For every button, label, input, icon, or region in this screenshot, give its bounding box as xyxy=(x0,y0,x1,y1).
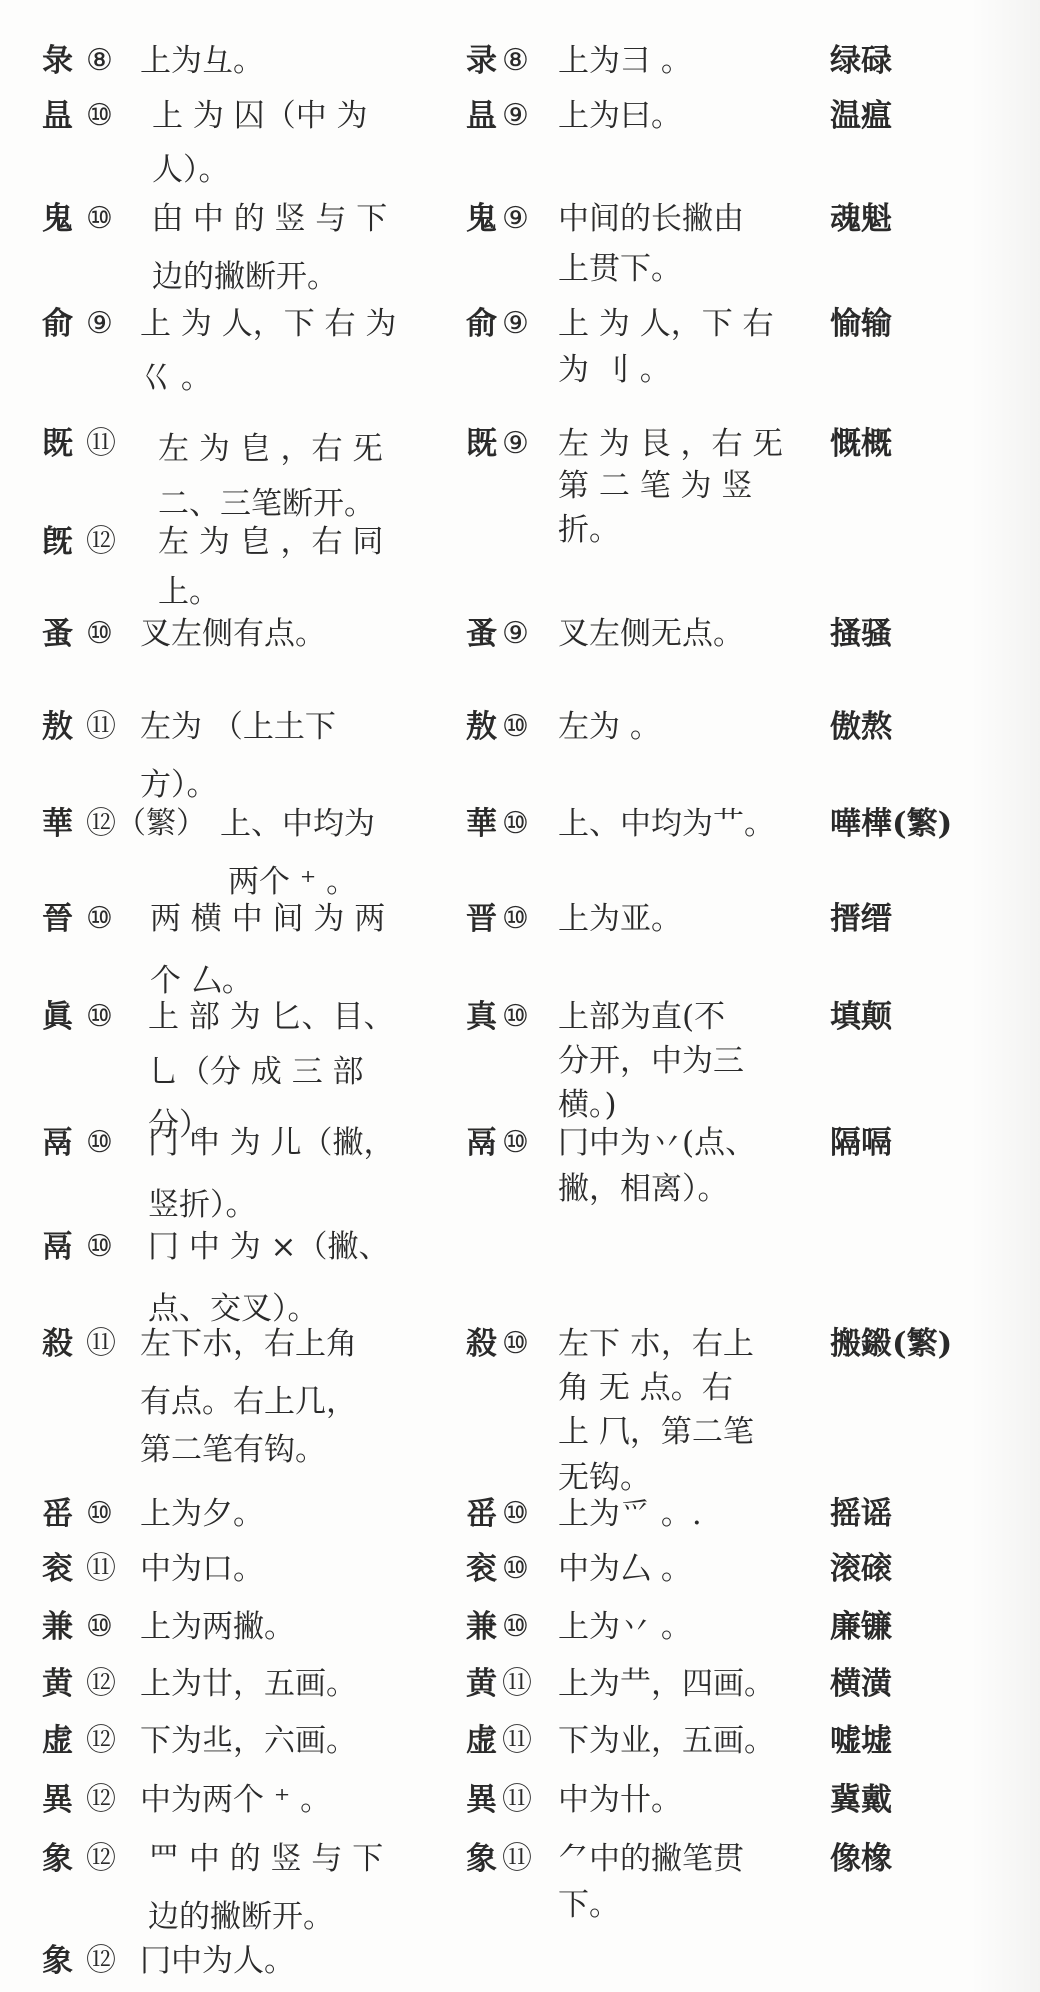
new-stroke-count: ⑩ xyxy=(502,1325,529,1363)
description-line: 上为亚。 xyxy=(558,900,682,938)
new-stroke-count: ⑨ xyxy=(502,615,529,653)
new-stroke-count: ⑨ xyxy=(502,200,529,238)
old-stroke-count: ⑪ xyxy=(86,425,116,463)
old-stroke-count: ⑫ xyxy=(86,523,116,561)
example-characters: 隔嗝 xyxy=(830,1124,892,1162)
new-stroke-count: ⑧ xyxy=(502,42,529,80)
description-line: 左下朩，右上角 xyxy=(140,1325,357,1363)
example-characters: 像橡 xyxy=(830,1840,892,1878)
example-characters: 摇谣 xyxy=(830,1495,892,1533)
description-line: 下为业，五画。 xyxy=(558,1722,775,1760)
new-form-char: 異 xyxy=(466,1781,497,1819)
old-stroke-count: ⑫ xyxy=(86,1840,116,1878)
description-line: 上 为 囚（中 为 xyxy=(152,97,368,135)
new-stroke-count: ⑩ xyxy=(502,1495,529,1533)
new-form-char: 衮 xyxy=(466,1550,497,1588)
description-line: 冂中为丷(点、 xyxy=(558,1124,756,1162)
description-line: 上 为 人，下 右 xyxy=(558,305,774,343)
new-stroke-count: ⑨ xyxy=(502,305,529,343)
new-stroke-count: ⑨ xyxy=(502,97,529,135)
description-line: 冂中为人。 xyxy=(140,1942,295,1980)
old-stroke-count: ⑪ xyxy=(86,1550,116,1588)
description-line: 有点。右上几， xyxy=(140,1383,357,1421)
description-line: 分开，中为三 xyxy=(558,1042,744,1080)
new-form-char: 殺 xyxy=(466,1325,497,1363)
description-line: 叉左侧无点。 xyxy=(558,615,744,653)
description-line: ⺈中的撇笔贯 xyxy=(558,1840,744,1878)
description-line: 中间的长撇由 xyxy=(558,200,744,238)
example-characters: 温瘟 xyxy=(830,97,892,135)
old-stroke-count: ⑩ xyxy=(86,1495,113,1533)
description-line: 上为龷，四画。 xyxy=(558,1665,775,1703)
old-form-char: 旣 xyxy=(42,523,73,561)
old-form-char: 既 xyxy=(42,425,73,463)
description-line: 中为口。 xyxy=(140,1550,264,1588)
dictionary-page: 彔 ⑧ 上为彑。 录 ⑧ 上为彐 。 绿碌 昷 ⑩ 上 为 囚（中 为人）。 昷… xyxy=(0,0,1040,1992)
new-stroke-count: ⑩ xyxy=(502,1550,529,1588)
new-stroke-count: ⑩ xyxy=(502,900,529,938)
description-line: 边的撇断开。 xyxy=(152,258,338,296)
old-form-char: 異 xyxy=(42,1781,73,1819)
description-line: 第二笔有钩。 xyxy=(140,1431,326,1469)
new-form-char: 兼 xyxy=(466,1608,497,1646)
old-form-char: 黄 xyxy=(42,1665,73,1703)
description-line: 人）。 xyxy=(152,151,230,189)
old-form-char: 象 xyxy=(42,1840,73,1878)
example-characters: 滚磙 xyxy=(830,1550,892,1588)
description-line: 中为厶 。 xyxy=(558,1550,692,1588)
example-characters: 慨概 xyxy=(830,425,892,463)
new-form-char: 蚤 xyxy=(466,615,497,653)
description-line: 方）。 xyxy=(140,766,218,804)
old-stroke-count: ⑪ xyxy=(86,708,116,746)
description-line: 上部为直(不 xyxy=(558,998,725,1036)
description-line: 上贯下。 xyxy=(558,250,682,288)
new-form-char: 晋 xyxy=(466,900,497,938)
example-characters: 绿碌 xyxy=(830,42,892,80)
old-form-char: 殺 xyxy=(42,1325,73,1363)
description-line: 无钩。 xyxy=(558,1459,651,1497)
description-line: 角 无 点。右 xyxy=(558,1369,733,1407)
new-stroke-count: ⑪ xyxy=(502,1722,532,1760)
description-line: 点、交叉）。 xyxy=(148,1290,319,1328)
description-line: 左下 朩，右上 xyxy=(558,1325,754,1363)
description-line: 上为曰。 xyxy=(558,97,682,135)
description-line: 下。 xyxy=(558,1886,620,1924)
old-form-char: 華 xyxy=(42,805,73,843)
description-line: 上、中均为 xyxy=(220,805,375,843)
old-stroke-count: ⑫（繁） xyxy=(86,805,206,843)
new-form-char: 黄 xyxy=(466,1665,497,1703)
new-form-char: 䍃 xyxy=(466,1495,497,1533)
new-stroke-count: ⑩ xyxy=(502,998,529,1036)
old-form-char: 兼 xyxy=(42,1608,73,1646)
description-line: 中为两个 ⁺ 。 xyxy=(140,1781,331,1819)
old-form-char: 昷 xyxy=(42,97,73,135)
new-stroke-count: ⑩ xyxy=(502,1124,529,1162)
new-form-char: 既 xyxy=(466,425,497,463)
example-characters: 魂魁 xyxy=(830,200,892,238)
old-form-char: 晉 xyxy=(42,900,73,938)
new-stroke-count: ⑨ xyxy=(502,425,529,463)
old-stroke-count: ⑩ xyxy=(86,1228,113,1266)
description-line: 为 刂 。 xyxy=(558,351,671,389)
example-characters: 搢缙 xyxy=(830,900,892,938)
description-line: 上为彑。 xyxy=(140,42,264,80)
description-line: 个 厶。 xyxy=(150,962,253,1000)
new-form-char: 敖 xyxy=(466,708,497,746)
new-stroke-count: ⑩ xyxy=(502,805,529,843)
old-form-char: 鬼 xyxy=(42,200,73,238)
description-line: 乚（分 成 三 部 xyxy=(148,1053,364,1091)
description-line: 上为夕。 xyxy=(140,1495,264,1533)
description-line: 上 ⺇，第二笔 xyxy=(558,1413,754,1451)
description-line: 冂 中 为 儿（撇， xyxy=(148,1124,395,1162)
description-line: 上为两撇。 xyxy=(140,1608,295,1646)
description-line: 两 横 中 间 为 两 xyxy=(150,900,385,938)
example-characters: 横潢 xyxy=(830,1665,892,1703)
old-stroke-count: ⑫ xyxy=(86,1665,116,1703)
example-characters: 嘩樺(繁) xyxy=(830,805,952,843)
old-stroke-count: ⑫ xyxy=(86,1722,116,1760)
description-line: 上 部 为 匕、目、 xyxy=(148,998,395,1036)
page-edge-shadow xyxy=(970,0,1040,1992)
description-line: 甶 中 的 竖 与 下 xyxy=(152,200,387,238)
new-form-char: 俞 xyxy=(466,305,497,343)
description-line: 两个 ⁺ 。 xyxy=(228,863,357,901)
new-stroke-count: ⑪ xyxy=(502,1665,532,1703)
old-stroke-count: ⑩ xyxy=(86,1608,113,1646)
new-form-char: 昷 xyxy=(466,97,497,135)
description-line: 竖折）。 xyxy=(148,1186,257,1224)
description-line: 边的撇断开。 xyxy=(148,1898,334,1936)
old-form-char: 彔 xyxy=(42,42,73,80)
description-line: 左为 。 xyxy=(558,708,661,746)
old-form-char: 鬲 xyxy=(42,1228,73,1266)
description-line: 巜 。 xyxy=(140,359,212,397)
example-characters: 嘘墟 xyxy=(830,1722,892,1760)
description-line: 左为 （上土下 xyxy=(140,708,336,746)
new-stroke-count: ⑩ xyxy=(502,708,529,746)
old-form-char: 俞 xyxy=(42,305,73,343)
description-line: 上、中均为艹。 xyxy=(558,805,775,843)
description-line: 罒 中 的 竖 与 下 xyxy=(148,1840,383,1878)
new-form-char: 虚 xyxy=(466,1722,497,1760)
old-stroke-count: ⑩ xyxy=(86,998,113,1036)
description-line: 下为丠，六画。 xyxy=(140,1722,357,1760)
old-form-char: 眞 xyxy=(42,998,73,1036)
old-stroke-count: ⑩ xyxy=(86,615,113,653)
description-line: 左 为 皀 ，右 旡 xyxy=(158,430,383,468)
description-line: 中为卄。 xyxy=(558,1781,682,1819)
old-stroke-count: ⑨ xyxy=(86,305,113,343)
description-line: 第 二 笔 为 竖 xyxy=(558,467,752,505)
description-line: 横。) xyxy=(558,1086,617,1124)
description-line: 上为爫 。. xyxy=(558,1495,702,1533)
description-line: 冂 中 为 ×（撇、 xyxy=(148,1228,390,1266)
description-line: 左 为 艮 ，右 旡 xyxy=(558,425,783,463)
new-form-char: 華 xyxy=(466,805,497,843)
new-form-char: 真 xyxy=(466,998,497,1036)
example-characters: 愉输 xyxy=(830,305,892,343)
old-form-char: 象 xyxy=(42,1942,73,1980)
description-line: 上为彐 。 xyxy=(558,42,692,80)
old-stroke-count: ⑩ xyxy=(86,900,113,938)
new-form-char: 象 xyxy=(466,1840,497,1878)
description-line: 上为廿，五画。 xyxy=(140,1665,357,1703)
new-form-char: 鬼 xyxy=(466,200,497,238)
description-line: 左 为 皀 ，右 同 xyxy=(158,523,383,561)
old-stroke-count: ⑫ xyxy=(86,1942,116,1980)
new-stroke-count: ⑩ xyxy=(502,1608,529,1646)
description-line: 叉左侧有点。 xyxy=(140,615,326,653)
old-stroke-count: ⑩ xyxy=(86,97,113,135)
old-stroke-count: ⑩ xyxy=(86,1124,113,1162)
description-line: 上。 xyxy=(158,573,220,611)
description-line: 上为丷 。 xyxy=(558,1608,692,1646)
example-characters: 廉镰 xyxy=(830,1608,892,1646)
old-stroke-count: ⑩ xyxy=(86,200,113,238)
old-stroke-count: ⑪ xyxy=(86,1325,116,1363)
old-form-char: 蚤 xyxy=(42,615,73,653)
old-form-char: 䍃 xyxy=(42,1495,73,1533)
example-characters: 傲熬 xyxy=(830,708,892,746)
example-characters: 冀戴 xyxy=(830,1781,892,1819)
old-form-char: 虚 xyxy=(42,1722,73,1760)
new-stroke-count: ⑪ xyxy=(502,1781,532,1819)
old-stroke-count: ⑫ xyxy=(86,1781,116,1819)
description-line: 二、三笔断开。 xyxy=(158,485,375,523)
example-characters: 搬鎩(繁) xyxy=(830,1325,952,1363)
new-stroke-count: ⑪ xyxy=(502,1840,532,1878)
description-line: 折。 xyxy=(558,511,620,549)
description-line: 撇，相离）。 xyxy=(558,1170,729,1208)
example-characters: 搔骚 xyxy=(830,615,892,653)
new-form-char: 鬲 xyxy=(466,1124,497,1162)
new-form-char: 录 xyxy=(466,42,497,80)
old-form-char: 敖 xyxy=(42,708,73,746)
description-line: 上 为 人，下 右 为 xyxy=(140,305,396,343)
old-stroke-count: ⑧ xyxy=(86,42,113,80)
old-form-char: 衮 xyxy=(42,1550,73,1588)
old-form-char: 鬲 xyxy=(42,1124,73,1162)
example-characters: 填颠 xyxy=(830,998,892,1036)
